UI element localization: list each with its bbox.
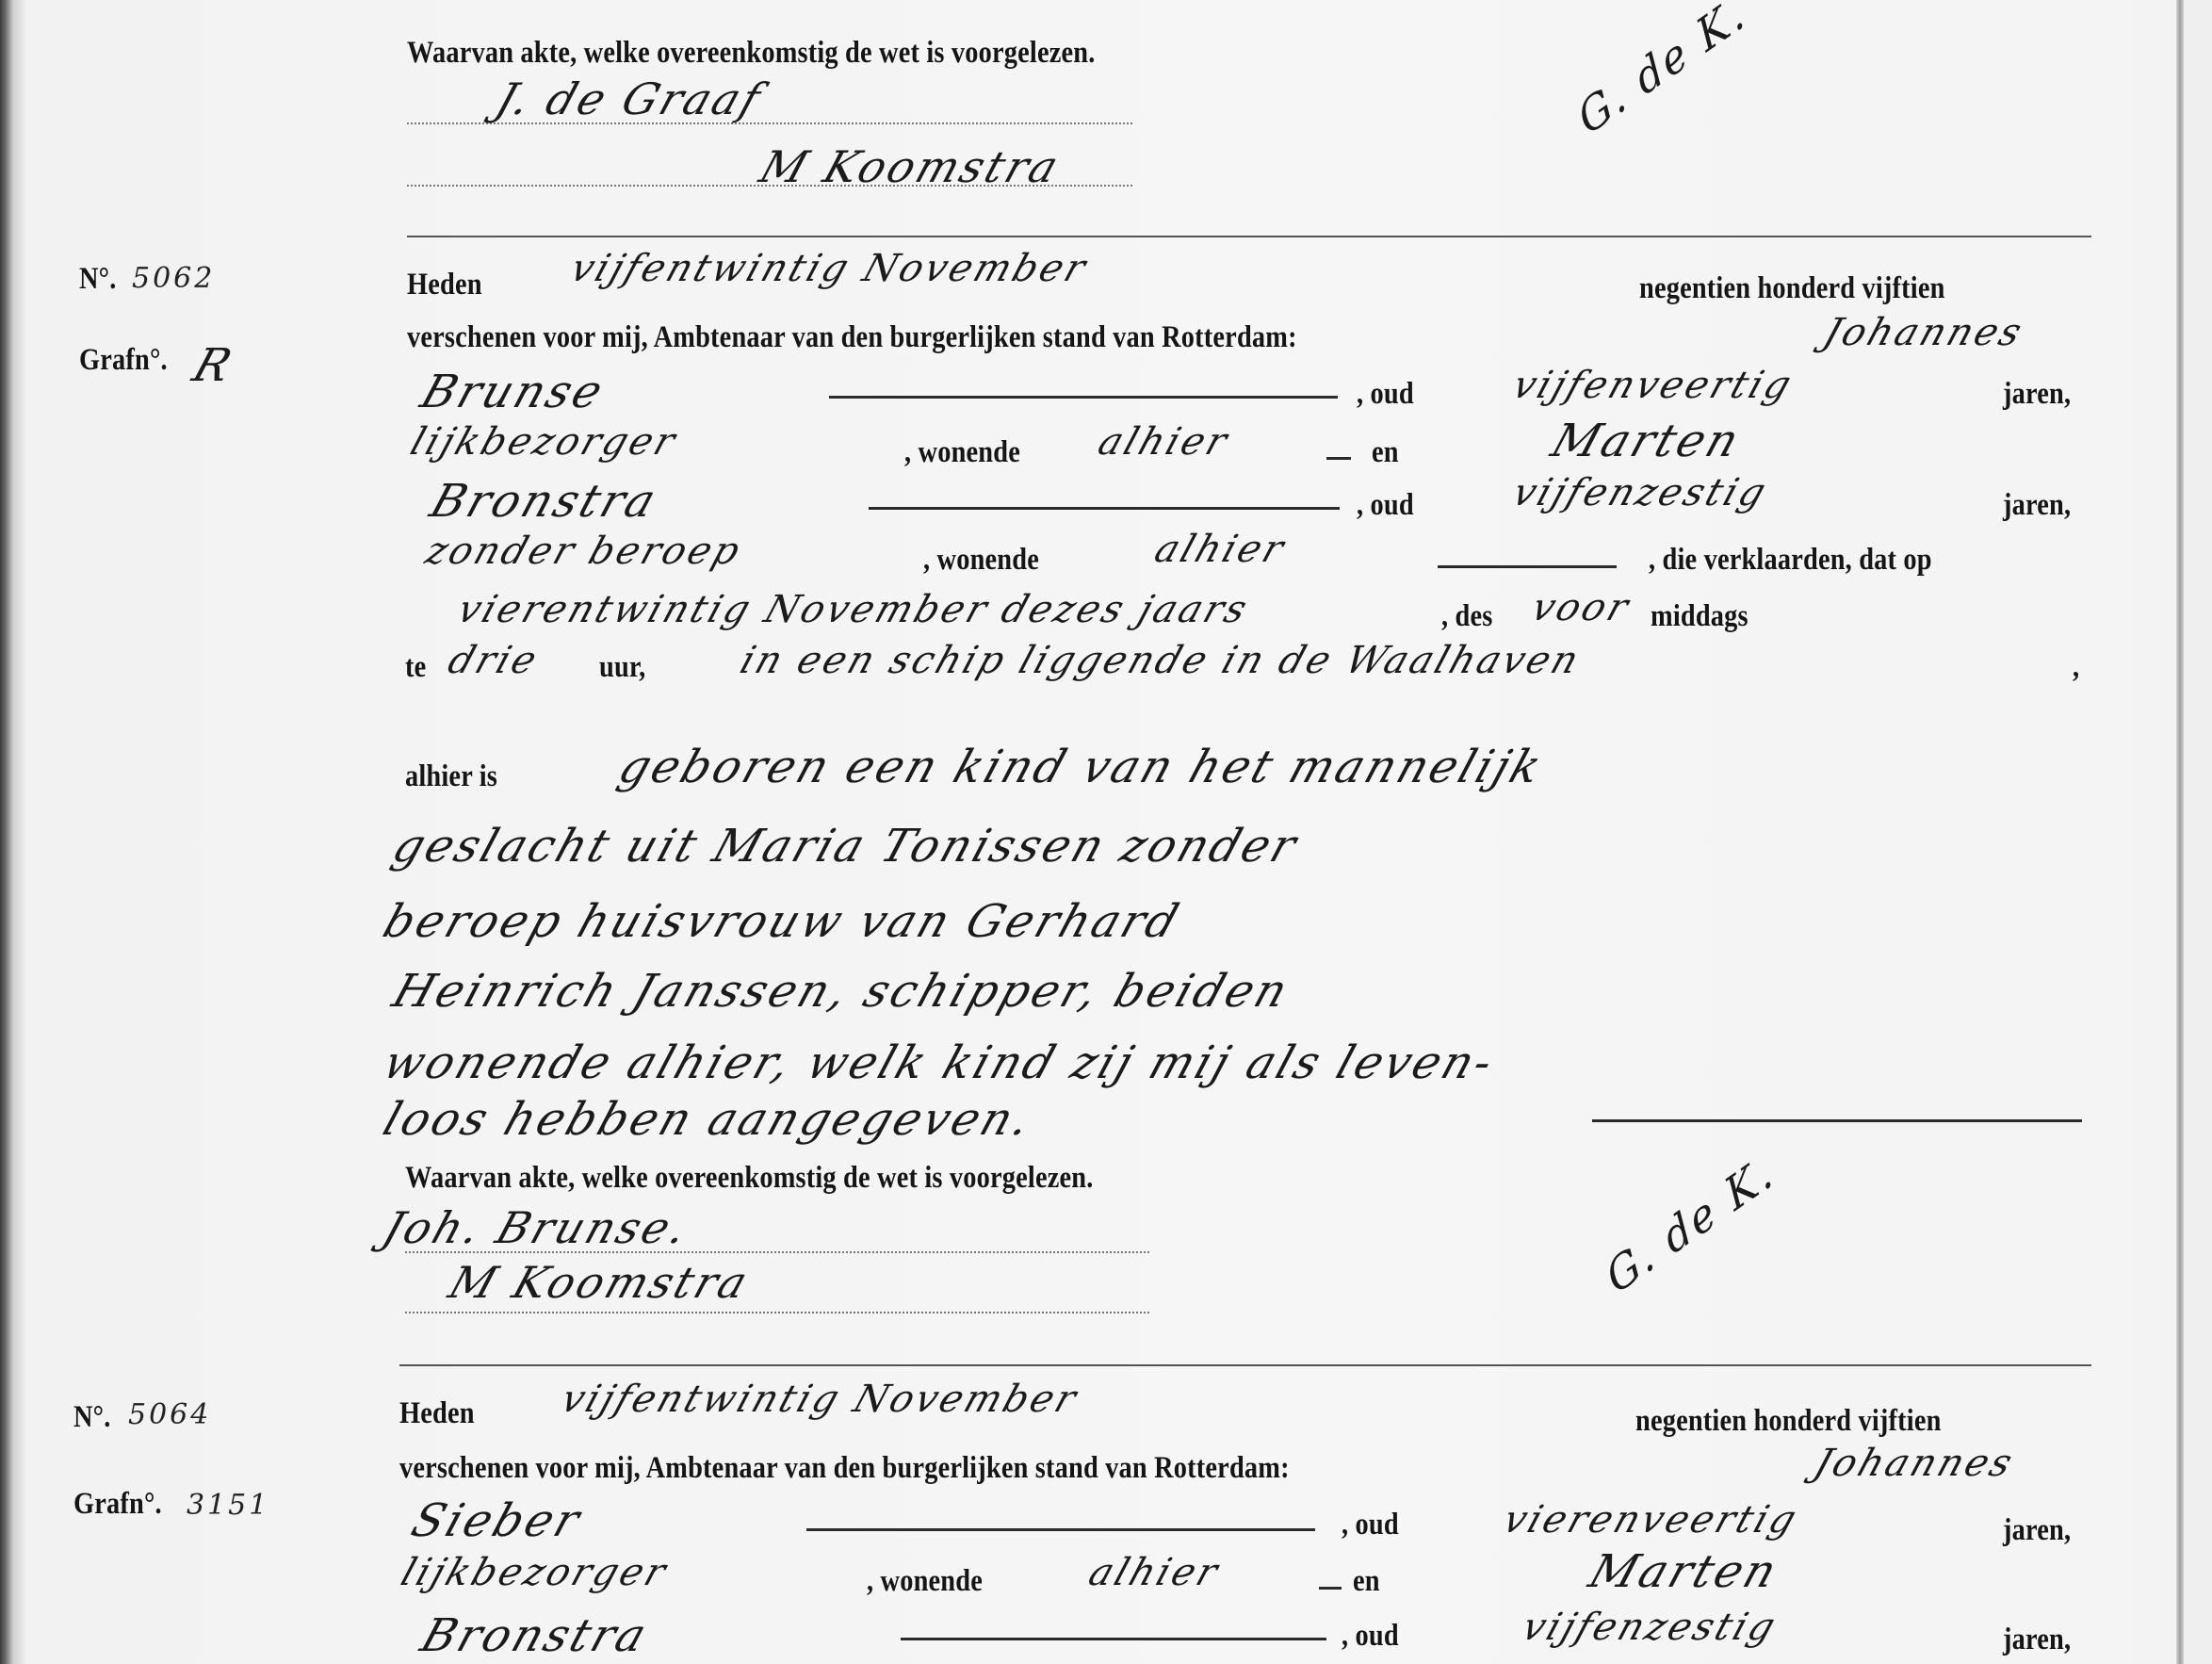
place-comma: ,: [2073, 650, 2079, 685]
wonende-label: , wonende: [904, 435, 1020, 470]
birth-hour: drie: [443, 639, 545, 682]
body-line-3: beroep huisvrouw van Gerhard: [377, 895, 1187, 948]
witness2-first-name: Marten: [1545, 415, 1748, 467]
witness2-occupation: zonder beroep: [420, 530, 748, 573]
te-label: te: [405, 650, 426, 685]
witness2-last-name: Bronstra: [424, 475, 665, 528]
record-divider: [399, 1364, 2091, 1366]
birth-date: vierentwintig November dezes jaars: [452, 588, 1255, 631]
witness2-first-name: Marten: [1583, 1545, 1786, 1598]
signature-witness-1: J. de Graaf: [490, 73, 770, 124]
alhier-is-label: alhier is: [405, 759, 497, 794]
fill-line: [806, 1528, 1315, 1531]
signature-witness-2: M Koomstra: [754, 141, 1067, 192]
jaren-label: jaren,: [2003, 488, 2071, 523]
grafn-value: 3151: [187, 1489, 269, 1522]
record-date: vijfentwintig November: [556, 1378, 1084, 1421]
birth-place: in een schip liggende in de Waalhaven: [735, 639, 1586, 682]
signature-line: [405, 1312, 1149, 1313]
oud-label: , oud: [1357, 488, 1414, 523]
en-label: en: [1372, 435, 1399, 470]
witness1-age: vierenveertig: [1498, 1498, 1804, 1542]
witness1-residence: alhier: [1093, 420, 1235, 464]
body-line-2: geslacht uit Maria Tonissen zonder: [386, 820, 1306, 873]
appeared-before: verschenen voor mij, Ambtenaar van den b…: [407, 320, 1297, 355]
record-number: 5062: [132, 262, 215, 295]
body-line-6: loos hebben aangegeven.: [377, 1093, 1040, 1146]
record-number-label: N°.: [79, 262, 116, 297]
record-year: negentien honderd vijftien: [1639, 271, 1945, 306]
body-line-1: geboren een kind van het mannelijk: [612, 741, 1551, 793]
jaren-label: jaren,: [2003, 1623, 2071, 1657]
wonende-label: , wonende: [867, 1564, 983, 1599]
record-year: negentien honderd vijftien: [1635, 1404, 1942, 1439]
heden-label: Heden: [399, 1396, 475, 1431]
fill-line: [1592, 1119, 2082, 1122]
des-label: , des: [1441, 599, 1492, 634]
adjacent-page-margin: [2184, 0, 2212, 1664]
witness1-last-name: Sieber: [405, 1494, 589, 1547]
fill-line: [829, 396, 1338, 399]
heden-label: Heden: [407, 268, 482, 302]
fill-line: [869, 507, 1340, 510]
closing-phrase: Waarvan akte, welke overeenkomstig de we…: [407, 36, 1095, 71]
oud-label: , oud: [1342, 1508, 1399, 1542]
closing-phrase: Waarvan akte, welke overeenkomstig de we…: [405, 1161, 1093, 1196]
witness1-occupation: lijkbezorger: [405, 420, 683, 464]
fill-line: [1438, 565, 1617, 568]
witness1-first-name: Johannes: [1818, 311, 2029, 354]
uur-label: uur,: [599, 650, 645, 685]
body-line-5: wonende alhier, welk kind zij mij als le…: [377, 1036, 1502, 1089]
signature-witness-2: M Koomstra: [443, 1257, 756, 1308]
grafn-label: Grafn°.: [73, 1487, 162, 1522]
grafn-label: Grafn°.: [79, 343, 168, 378]
witness2-age: vijfenzestig: [1507, 471, 1774, 514]
witness1-first-name: Johannes: [1809, 1442, 2020, 1485]
witness2-last-name: Bronstra: [415, 1609, 656, 1662]
witness2-age: vijfenzestig: [1517, 1606, 1783, 1649]
en-label: en: [1353, 1564, 1380, 1599]
appeared-before: verschenen voor mij, Ambtenaar van den b…: [399, 1451, 1290, 1486]
witness2-residence: alhier: [1149, 528, 1292, 571]
witness1-last-name: Brunse: [415, 366, 611, 418]
body-line-4: Heinrich Janssen, schipper, beiden: [386, 965, 1296, 1018]
voor-value: voor: [1526, 586, 1636, 629]
wonende-label: , wonende: [923, 543, 1039, 578]
oud-label: , oud: [1357, 377, 1414, 412]
fill-line: [901, 1638, 1326, 1640]
record-date: vijfentwintig November: [565, 247, 1094, 290]
jaren-label: jaren,: [2003, 1513, 2071, 1548]
witness1-occupation: lijkbezorger: [396, 1551, 674, 1594]
oud-label: , oud: [1342, 1619, 1399, 1654]
dash: [1326, 457, 1351, 460]
record-number: 5064: [128, 1398, 211, 1431]
record-divider: [407, 236, 2091, 237]
jaren-label: jaren,: [2003, 377, 2071, 412]
signature-witness-1: Joh. Brunse.: [377, 1202, 696, 1253]
declared-label: , die verklaarden, dat op: [1649, 543, 1932, 578]
record-number-label: N°.: [73, 1400, 110, 1435]
witness1-age: vijfenveertig: [1507, 364, 1799, 407]
witness1-residence: alhier: [1083, 1551, 1226, 1594]
dash: [1319, 1587, 1342, 1590]
middags-label: middags: [1651, 599, 1748, 634]
page-edge-shadow: [2176, 0, 2184, 1664]
